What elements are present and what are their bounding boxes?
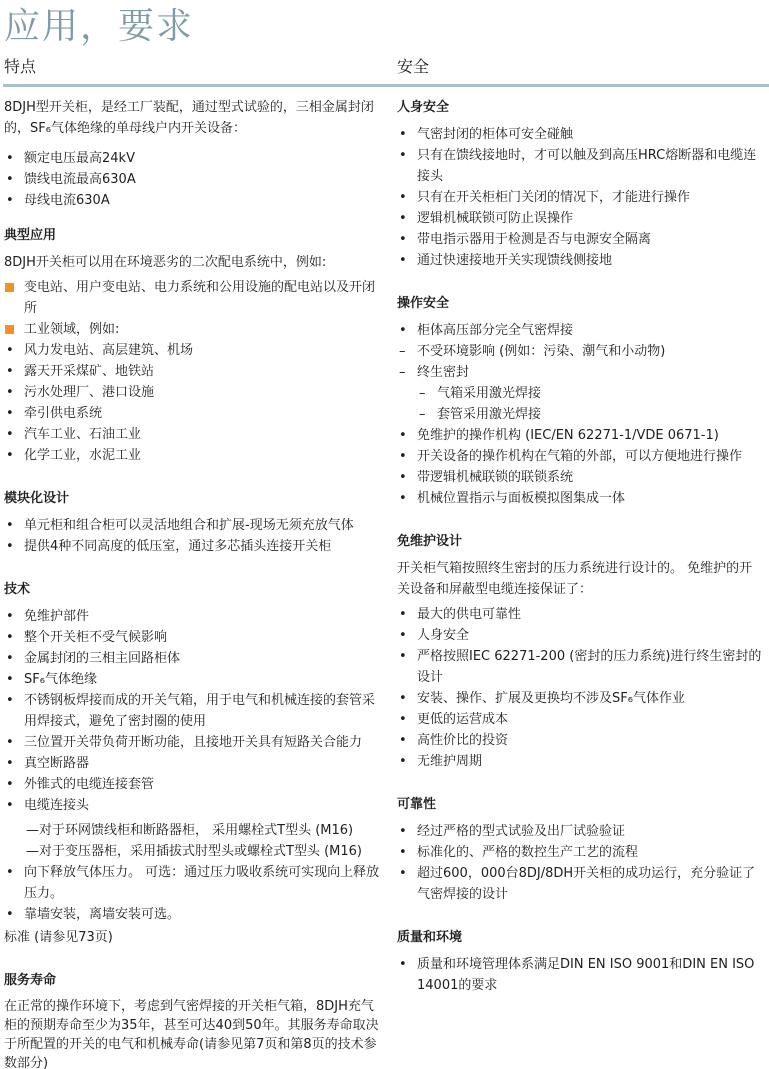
safety-heading: 安全 xyxy=(397,56,429,78)
list-item: 经过严格的型式试验及出厂试验验证 xyxy=(397,821,765,842)
service-life-title: 服务寿命 xyxy=(4,970,382,991)
standards-reference: 标准 (请参见73页) xyxy=(4,927,382,948)
bullet-icon xyxy=(6,732,20,753)
bullet-icon xyxy=(399,208,413,229)
list-item: 免维护部件 xyxy=(4,606,382,627)
maintenance-free-title: 免维护设计 xyxy=(397,531,765,552)
list-item: 向下释放气体压力。 可选：通过压力吸收系统可实现向上释放压力。 xyxy=(4,862,382,904)
list-item: 质量和环境管理体系满足DIN EN ISO 9001和DIN EN ISO 14… xyxy=(397,954,765,996)
reliability-title: 可靠性 xyxy=(397,794,765,815)
list-item: 气箱采用激光焊接 xyxy=(397,383,765,404)
list-item: 污水处理厂、港口设施 xyxy=(4,382,382,403)
bullet-icon xyxy=(399,467,413,488)
typical-applications-text: 8DJH开关柜可以用在环境恶劣的二次配电系统中，例如: xyxy=(4,252,382,273)
dash-bullet-icon xyxy=(399,341,413,362)
reliability-list: 经过严格的型式试验及出厂试验验证 标准化的、严格的数控生产工艺的流程 超过600… xyxy=(397,821,765,905)
list-item: 带电指示器用于检测是否与电源安全隔离 xyxy=(397,229,765,250)
list-item: 化学工业，水泥工业 xyxy=(4,445,382,466)
bullet-icon xyxy=(399,250,413,271)
list-item: 终生密封 xyxy=(397,362,765,383)
list-item: 通过快速接地开关实现馈线侧接地 xyxy=(397,250,765,271)
bullet-icon xyxy=(6,148,20,169)
features-heading: 特点 xyxy=(4,56,36,78)
list-item: SF₆气体绝缘 xyxy=(4,669,382,690)
header-divider xyxy=(3,84,769,87)
modular-design-list: 单元柜和组合柜可以灵活地组合和扩展-现场无须充放气体 提供4种不同高度的低压室，… xyxy=(4,515,382,557)
safety-column: 人身安全 气密封闭的柜体可安全碰触 只有在馈线接地时，才可以触及到高压HRC熔断… xyxy=(397,97,765,996)
list-item: 柜体高压部分完全气密焊接 xyxy=(397,320,765,341)
bullet-icon xyxy=(399,625,413,646)
list-item: 机械位置指示与面板模拟图集成一体 xyxy=(397,488,765,509)
list-item: 馈线电流最高630A xyxy=(4,169,382,190)
technology-list: 免维护部件 整个开关柜不受气候影响 金属封闭的三相主回路柜体 SF₆气体绝缘 不… xyxy=(4,606,382,816)
list-item: 不受环境影响 (例如：污染、潮气和小动物) xyxy=(397,341,765,362)
bullet-icon xyxy=(399,954,413,975)
features-column: 8DJH型开关柜，是经工厂装配，通过型式试验的，三相金属封闭的，SF₆气体绝缘的… xyxy=(4,97,382,1069)
list-item: 人身安全 xyxy=(397,625,765,646)
list-item: 额定电压最高24kV xyxy=(4,148,382,169)
bullet-icon xyxy=(6,340,20,361)
list-item: 带逻辑机械联锁的联锁系统 xyxy=(397,467,765,488)
list-item: 更低的运营成本 xyxy=(397,709,765,730)
operational-safety-title: 操作安全 xyxy=(397,293,765,314)
list-item: 逻辑机械联锁可防止误操作 xyxy=(397,208,765,229)
bullet-icon xyxy=(399,145,413,166)
bullet-icon xyxy=(399,604,413,625)
intro-list: 额定电压最高24kV 馈线电流最高630A 母线电流630A xyxy=(4,148,382,211)
bullet-icon xyxy=(6,627,20,648)
list-item: 安装、操作、扩展及更换均不涉及SF₆气体作业 xyxy=(397,688,765,709)
bullet-icon xyxy=(399,646,413,667)
operational-safety-list: 柜体高压部分完全气密焊接 不受环境影响 (例如：污染、潮气和小动物) 终生密封 … xyxy=(397,320,765,509)
bullet-icon xyxy=(6,606,20,627)
orange-square-bullet-icon xyxy=(6,319,20,340)
modular-design-title: 模块化设计 xyxy=(4,488,382,509)
bullet-icon xyxy=(399,124,413,145)
bullet-icon xyxy=(399,842,413,863)
list-item: 母线电流630A xyxy=(4,190,382,211)
bullet-icon xyxy=(6,669,20,690)
list-item: 只有在馈线接地时，才可以触及到高压HRC熔断器和电缆连接头 xyxy=(397,145,765,187)
bullet-icon xyxy=(399,187,413,208)
bullet-icon xyxy=(399,320,413,341)
dash-bullet-icon xyxy=(399,362,413,383)
list-item: 单元柜和组合柜可以灵活地组合和扩展-现场无须充放气体 xyxy=(4,515,382,536)
personal-safety-title: 人身安全 xyxy=(397,97,765,118)
bullet-icon xyxy=(399,425,413,446)
list-item: 三位置开关带负荷开断功能，且接地开关具有短路关合能力 xyxy=(4,732,382,753)
bullet-icon xyxy=(6,445,20,466)
list-item: 套管采用激光焊接 xyxy=(397,404,765,425)
cable-connector-sub-2: —对于变压器柜，采用插拔式肘型头或螺栓式T型头 (M16) xyxy=(4,841,382,862)
list-item: 变电站、用户变电站、电力系统和公用设施的配电站以及开闭所 xyxy=(4,277,382,319)
list-item: 电缆连接头 xyxy=(4,795,382,816)
bullet-icon xyxy=(6,690,20,711)
typical-applications-title: 典型应用 xyxy=(4,225,382,246)
bullet-icon xyxy=(6,190,20,211)
list-item: 真空断路器 xyxy=(4,753,382,774)
personal-safety-list: 气密封闭的柜体可安全碰触 只有在馈线接地时，才可以触及到高压HRC熔断器和电缆连… xyxy=(397,124,765,271)
technology-title: 技术 xyxy=(4,579,382,600)
bullet-icon xyxy=(399,821,413,842)
bullet-icon xyxy=(399,446,413,467)
list-item: 不锈钢板焊接而成的开关气箱，用于电气和机械连接的套管采用焊接式，避免了密封圈的使… xyxy=(4,690,382,732)
list-item: 气密封闭的柜体可安全碰触 xyxy=(397,124,765,145)
bullet-icon xyxy=(6,753,20,774)
bullet-icon xyxy=(399,863,413,884)
bullet-icon xyxy=(6,795,20,816)
list-item: 牵引供电系统 xyxy=(4,403,382,424)
list-item: 免维护的操作机构 (IEC/EN 62271-1/VDE 0671-1) xyxy=(397,425,765,446)
orange-square-bullet-icon xyxy=(6,277,20,298)
list-item: 工业领域，例如: xyxy=(4,319,382,340)
typical-applications-list: 变电站、用户变电站、电力系统和公用设施的配电站以及开闭所 工业领域，例如: 风力… xyxy=(4,277,382,466)
list-item: 外锥式的电缆连接套管 xyxy=(4,774,382,795)
bullet-icon xyxy=(399,488,413,509)
bullet-icon xyxy=(6,904,20,925)
list-item: 靠墙安装，离墙安装可选。 xyxy=(4,904,382,925)
dash-bullet-icon xyxy=(419,404,433,425)
list-item: 提供4种不同高度的低压室，通过多芯插头连接开关柜 xyxy=(4,536,382,557)
intro-text: 8DJH型开关柜，是经工厂装配，通过型式试验的，三相金属封闭的，SF₆气体绝缘的… xyxy=(4,97,382,139)
bullet-icon xyxy=(6,862,20,883)
bullet-icon xyxy=(399,688,413,709)
list-item: 超过600，000台8DJ/8DH开关柜的成功运行，充分验证了气密焊接的设计 xyxy=(397,863,765,905)
page-title: 应用，要求 xyxy=(4,6,194,48)
bullet-icon xyxy=(6,403,20,424)
maintenance-free-list: 最大的供电可靠性 人身安全 严格按照IEC 62271-200 (密封的压力系统… xyxy=(397,604,765,772)
list-item: 只有在开关柜柜门关闭的情况下，才能进行操作 xyxy=(397,187,765,208)
bullet-icon xyxy=(6,536,20,557)
list-item: 露天开采煤矿、地铁站 xyxy=(4,361,382,382)
list-item: 整个开关柜不受气候影响 xyxy=(4,627,382,648)
service-life-text: 在正常的操作环境下，考虑到气密焊接的开关柜气箱，8DJH充气柜的预期寿命至少为3… xyxy=(4,997,382,1069)
bullet-icon xyxy=(6,424,20,445)
bullet-icon xyxy=(6,648,20,669)
list-item: 无维护周期 xyxy=(397,751,765,772)
list-item: 汽车工业、石油工业 xyxy=(4,424,382,445)
cable-connector-sub-1: —对于环网馈线柜和断路器柜， 采用螺栓式T型头 (M16) xyxy=(4,820,382,841)
list-item: 金属封闭的三相主回路柜体 xyxy=(4,648,382,669)
bullet-icon xyxy=(6,774,20,795)
bullet-icon xyxy=(399,730,413,751)
list-item: 严格按照IEC 62271-200 (密封的压力系统)进行终生密封的设计 xyxy=(397,646,765,688)
bullet-icon xyxy=(6,361,20,382)
list-item: 标准化的、严格的数控生产工艺的流程 xyxy=(397,842,765,863)
bullet-icon xyxy=(399,751,413,772)
list-item: 开关设备的操作机构在气箱的外部，可以方便地进行操作 xyxy=(397,446,765,467)
quality-environment-list: 质量和环境管理体系满足DIN EN ISO 9001和DIN EN ISO 14… xyxy=(397,954,765,996)
technology-list-continued: 向下释放气体压力。 可选：通过压力吸收系统可实现向上释放压力。 靠墙安装，离墙安… xyxy=(4,862,382,925)
maintenance-free-text: 开关柜气箱按照终生密封的压力系统进行设计的。 免维护的开关设备和屏蔽型电缆连接保… xyxy=(397,558,765,600)
dash-bullet-icon xyxy=(419,383,433,404)
quality-environment-title: 质量和环境 xyxy=(397,927,765,948)
bullet-icon xyxy=(399,709,413,730)
bullet-icon xyxy=(6,382,20,403)
list-item: 最大的供电可靠性 xyxy=(397,604,765,625)
bullet-icon xyxy=(6,169,20,190)
list-item: 高性价比的投资 xyxy=(397,730,765,751)
list-item: 风力发电站、高层建筑、机场 xyxy=(4,340,382,361)
bullet-icon xyxy=(399,229,413,250)
bullet-icon xyxy=(6,515,20,536)
